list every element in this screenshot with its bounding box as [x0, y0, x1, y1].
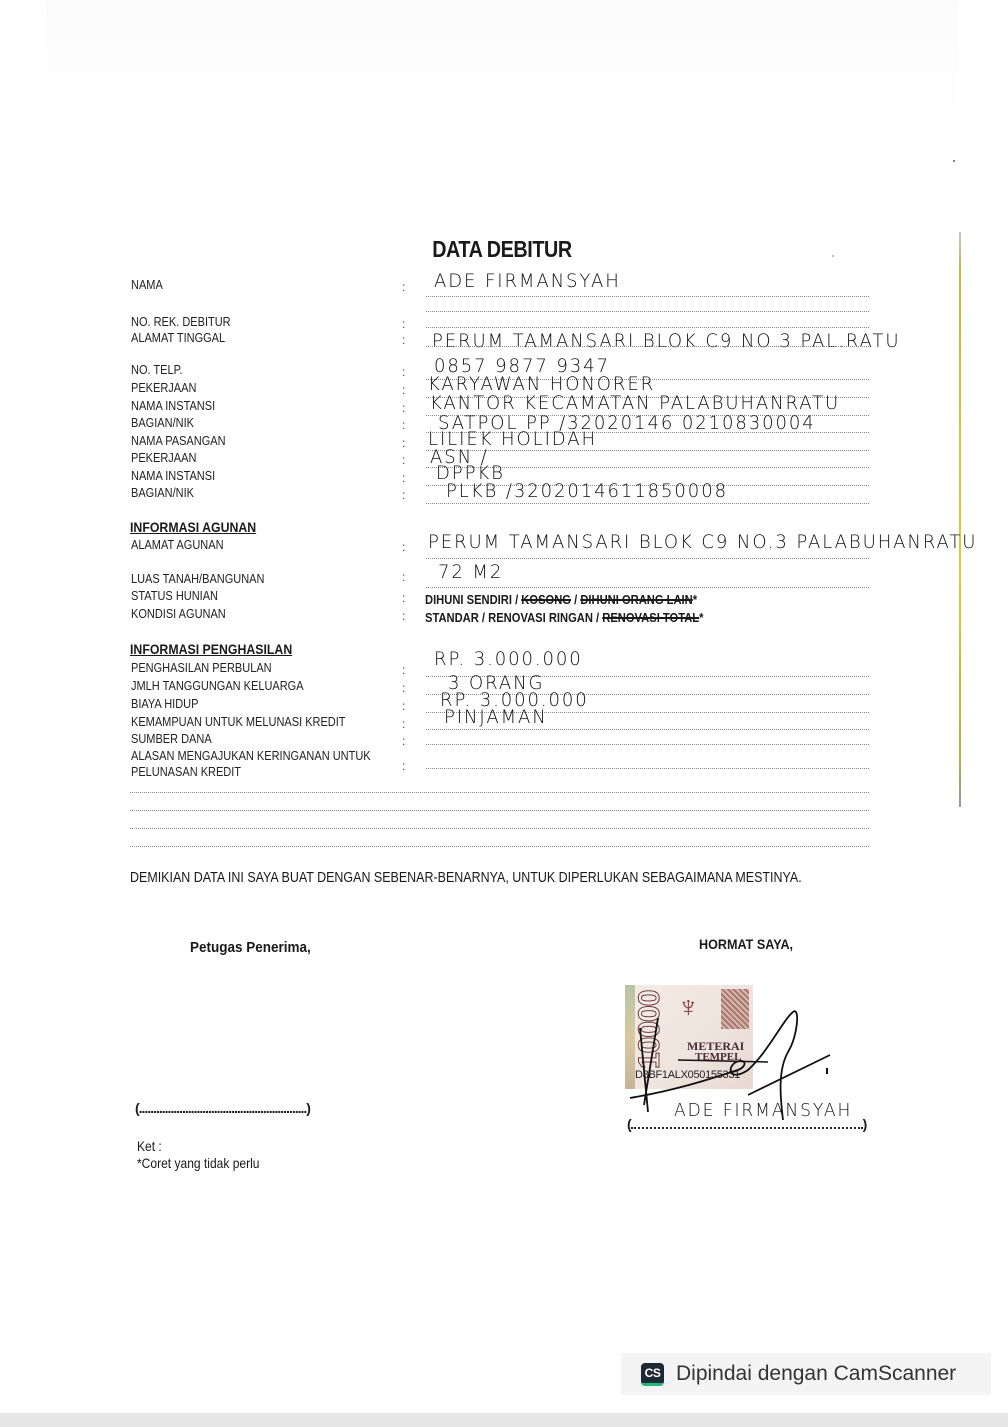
condition-label: KONDISI AGUNAN	[131, 607, 226, 621]
colon: :	[402, 699, 405, 713]
field-label: NAMA INSTANSI	[131, 469, 215, 483]
option-struck: DIHUNI ORANG LAIN	[580, 592, 692, 607]
fill-line	[426, 450, 869, 451]
condition-options: STANDAR / RENOVASI RINGAN / RENOVASI TOT…	[425, 610, 703, 625]
debtor-printed-name: ADE FIRMANSYAH	[674, 1100, 852, 1121]
colon: :	[402, 609, 405, 623]
area-value: 72 M2	[438, 561, 503, 583]
camscanner-badge: CS Dipindai dengan CamScanner	[621, 1353, 991, 1395]
income-value: RP. 3.000.000	[434, 648, 583, 670]
option-kept: DIHUNI SENDIRI	[425, 592, 512, 607]
field-value: ADE FIRMANSYAH	[434, 270, 621, 292]
declaration-statement: DEMIKIAN DATA INI SAYA BUAT DENGAN SEBEN…	[130, 870, 802, 886]
officer-heading: Petugas Penerima,	[190, 939, 311, 956]
fill-line	[130, 846, 869, 847]
separator: /	[571, 592, 580, 607]
income-label-cont: PELUNASAN KREDIT	[131, 765, 241, 779]
colon: :	[402, 488, 405, 502]
field-label: ALAMAT TINGGAL	[131, 331, 225, 345]
option-struck: KOSONG	[521, 592, 571, 607]
occupancy-label: STATUS HUNIAN	[131, 589, 218, 603]
collateral-address-value: PERUM TAMANSARI BLOK C9 NO.3 PALABUHANRA…	[428, 531, 977, 553]
viewer-bottom-bar	[0, 1413, 1008, 1427]
fill-line	[426, 768, 869, 769]
field-value: KANTOR KECAMATAN PALABUHANRATU	[430, 392, 840, 414]
fill-line	[130, 828, 869, 829]
colon: :	[402, 591, 405, 605]
field-label: NAMA	[131, 278, 163, 292]
colon: :	[402, 681, 405, 695]
colon: :	[402, 280, 405, 294]
collateral-address-label: ALAMAT AGUNAN	[131, 538, 224, 552]
paren-close: )	[863, 1116, 867, 1132]
field-label: PEKERJAAN	[131, 451, 196, 465]
income-label: KEMAMPUAN UNTUK MELUNASI KREDIT	[131, 715, 346, 729]
fill-line	[426, 744, 869, 745]
income-label: SUMBER DANA	[131, 732, 212, 746]
fill-line	[130, 792, 869, 793]
field-label: BAGIAN/NIK	[131, 486, 194, 500]
income-value: PINJAMAN	[444, 706, 548, 728]
separator: /	[593, 610, 602, 625]
fill-line	[426, 558, 869, 559]
colon: :	[402, 759, 405, 773]
colon: :	[402, 540, 405, 554]
field-label: BAGIAN/NIK	[131, 416, 194, 430]
colon: :	[402, 333, 405, 347]
option-struck: RENOVASI TOTAL	[602, 610, 699, 625]
field-label: NAMA PASANGAN	[131, 434, 226, 448]
field-value: PERUM TAMANSARI BLOK C9 NO.3 PAL.RATU	[432, 330, 900, 352]
income-label: PENGHASILAN PERBULAN	[131, 661, 272, 675]
colon: :	[402, 383, 405, 397]
fill-line	[426, 327, 869, 328]
occupancy-options: DIHUNI SENDIRI / KOSONG / DIHUNI ORANG L…	[425, 592, 697, 607]
officer-signature-line: (.......................................…	[135, 1100, 310, 1116]
page-edge-shadow	[959, 232, 961, 807]
income-label: ALASAN MENGAJUKAN KERINGANAN UNTUK	[131, 749, 371, 763]
income-label: JMLH TANGGUNGAN KELUARGA	[131, 679, 304, 693]
colon: :	[402, 717, 405, 731]
colon: :	[402, 663, 405, 677]
camscanner-logo-icon: CS	[641, 1363, 664, 1386]
fill-line	[426, 729, 869, 730]
collateral-heading: INFORMASI AGUNAN	[130, 519, 256, 535]
fill-line	[130, 810, 869, 811]
colon: :	[402, 570, 405, 584]
colon: :	[402, 734, 405, 748]
field-value: PLKB /3202014611850008	[446, 480, 728, 502]
colon: :	[402, 317, 405, 331]
fill-line	[426, 503, 869, 504]
camscanner-text: Dipindai dengan CamScanner	[676, 1362, 956, 1386]
asterisk: *	[699, 610, 703, 625]
colon: :	[402, 401, 405, 415]
field-label: PEKERJAAN	[131, 381, 196, 395]
fill-line	[426, 587, 869, 588]
scan-speck	[953, 160, 955, 162]
footnote: *Coret yang tidak perlu	[137, 1155, 259, 1171]
separator: /	[512, 592, 521, 607]
asterisk: *	[693, 592, 697, 607]
colon: :	[402, 471, 405, 485]
area-label: LUAS TANAH/BANGUNAN	[131, 572, 264, 586]
colon: :	[402, 365, 405, 379]
fill-line	[426, 311, 869, 312]
fill-line	[426, 296, 869, 297]
debtor-heading: HORMAT SAYA,	[699, 936, 793, 952]
document-title: DATA DEBITUR	[72, 236, 932, 263]
option-kept: STANDAR / RENOVASI RINGAN	[425, 610, 593, 625]
note-label: Ket :	[137, 1138, 162, 1154]
field-label: NAMA INSTANSI	[131, 399, 215, 413]
field-label: NO. REK. DEBITUR	[131, 315, 231, 329]
income-heading: INFORMASI PENGHASILAN	[130, 641, 292, 657]
field-label: NO. TELP.	[131, 363, 183, 377]
fill-line	[426, 346, 869, 347]
colon: :	[402, 453, 405, 467]
colon: :	[402, 436, 405, 450]
income-label: BIAYA HIDUP	[131, 697, 198, 711]
colon: :	[402, 418, 405, 432]
